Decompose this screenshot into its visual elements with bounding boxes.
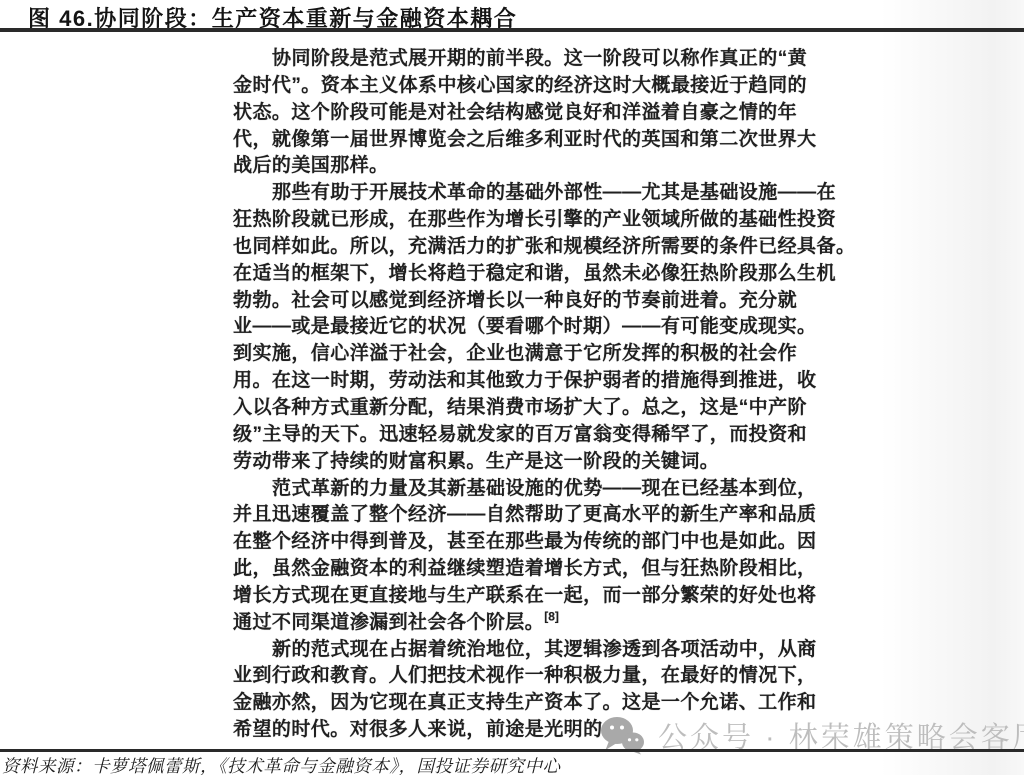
text-line: 协同阶段是范式展开期的前半段。这一阶段可以称作真正的“黄 <box>233 46 818 73</box>
title-divider <box>0 28 1024 32</box>
text-line: 业到行政和教育。人们把技术视作一种积极力量，在最好的情况下， <box>233 663 818 690</box>
scanned-text-block: 协同阶段是范式展开期的前半段。这一阶段可以称作真正的“黄金时代”。资本主义体系中… <box>233 46 818 744</box>
text-line: 入以各种方式重新分配，结果消费市场扩大了。总之，这是“中产阶 <box>233 395 818 422</box>
text-line: 新的范式现在占据着统治地位，其逻辑渗透到各项活动中，从商 <box>233 637 818 664</box>
text-line: 勃勃。社会可以感觉到经济增长以一种良好的节奏前进着。充分就 <box>233 288 818 315</box>
text-line: 代，就像第一届世界博览会之后维多利亚时代的英国和第二次世界大 <box>233 127 818 154</box>
text-line: 通过不同渠道渗漏到社会各个阶层。[8] <box>233 610 818 637</box>
source-note: 资料来源：卡萝塔佩蕾斯，《技术革命与金融资本》，国投证券研究中心 <box>2 753 561 775</box>
text-line: 级”主导的天下。迅速轻易就发家的百万富翁变得稀罕了，而投资和 <box>233 422 818 449</box>
footer-divider <box>0 749 1024 752</box>
text-line: 那些有助于开展技术革命的基础外部性——尤其是基础设施——在 <box>233 180 818 207</box>
text-line: 狂热阶段就已形成，在那些作为增长引擎的产业领域所做的基础性投资 <box>233 207 818 234</box>
text-line: 到实施，信心洋溢于社会，企业也满意于它所发挥的积极的社会作 <box>233 341 818 368</box>
text-line: 在整个经济中得到普及，甚至在那些最为传统的部门中也是如此。因 <box>233 529 818 556</box>
text-line: 状态。这个阶段可能是对社会结构感觉良好和洋溢着自豪之情的年 <box>233 100 818 127</box>
footnote-marker: [8] <box>544 609 559 623</box>
text-line: 业——或是最接近它的状况（要看哪个时期）——有可能变成现实。 <box>233 314 818 341</box>
text-line: 范式革新的力量及其新基础设施的优势——现在已经基本到位， <box>233 476 818 503</box>
text-line: 战后的美国那样。 <box>233 153 818 180</box>
text-line: 金时代”。资本主义体系中核心国家的经济这时大概最接近于趋同的 <box>233 73 818 100</box>
page-container: 图 46.协同阶段：生产资本重新与金融资本耦合 协同阶段是范式展开期的前半段。这… <box>0 0 1024 775</box>
text-line: 用。在这一时期，劳动法和其他致力于保护弱者的措施得到推进，收 <box>233 368 818 395</box>
text-line: 也同样如此。所以，充满活力的扩张和规模经济所需要的条件已经具备。 <box>233 234 818 261</box>
text-line: 在适当的框架下，增长将趋于稳定和谐，虽然未必像狂热阶段那么生机 <box>233 261 818 288</box>
text-line: 劳动带来了持续的财富积累。生产是这一阶段的关键词。 <box>233 449 818 476</box>
text-line: 并且迅速覆盖了整个经济——自然帮助了更高水平的新生产率和品质 <box>233 502 818 529</box>
text-line: 此，虽然金融资本的利益继续塑造着增长方式，但与狂热阶段相比， <box>233 556 818 583</box>
text-line: 增长方式现在更直接地与生产联系在一起，而一部分繁荣的好处也将 <box>233 583 818 610</box>
